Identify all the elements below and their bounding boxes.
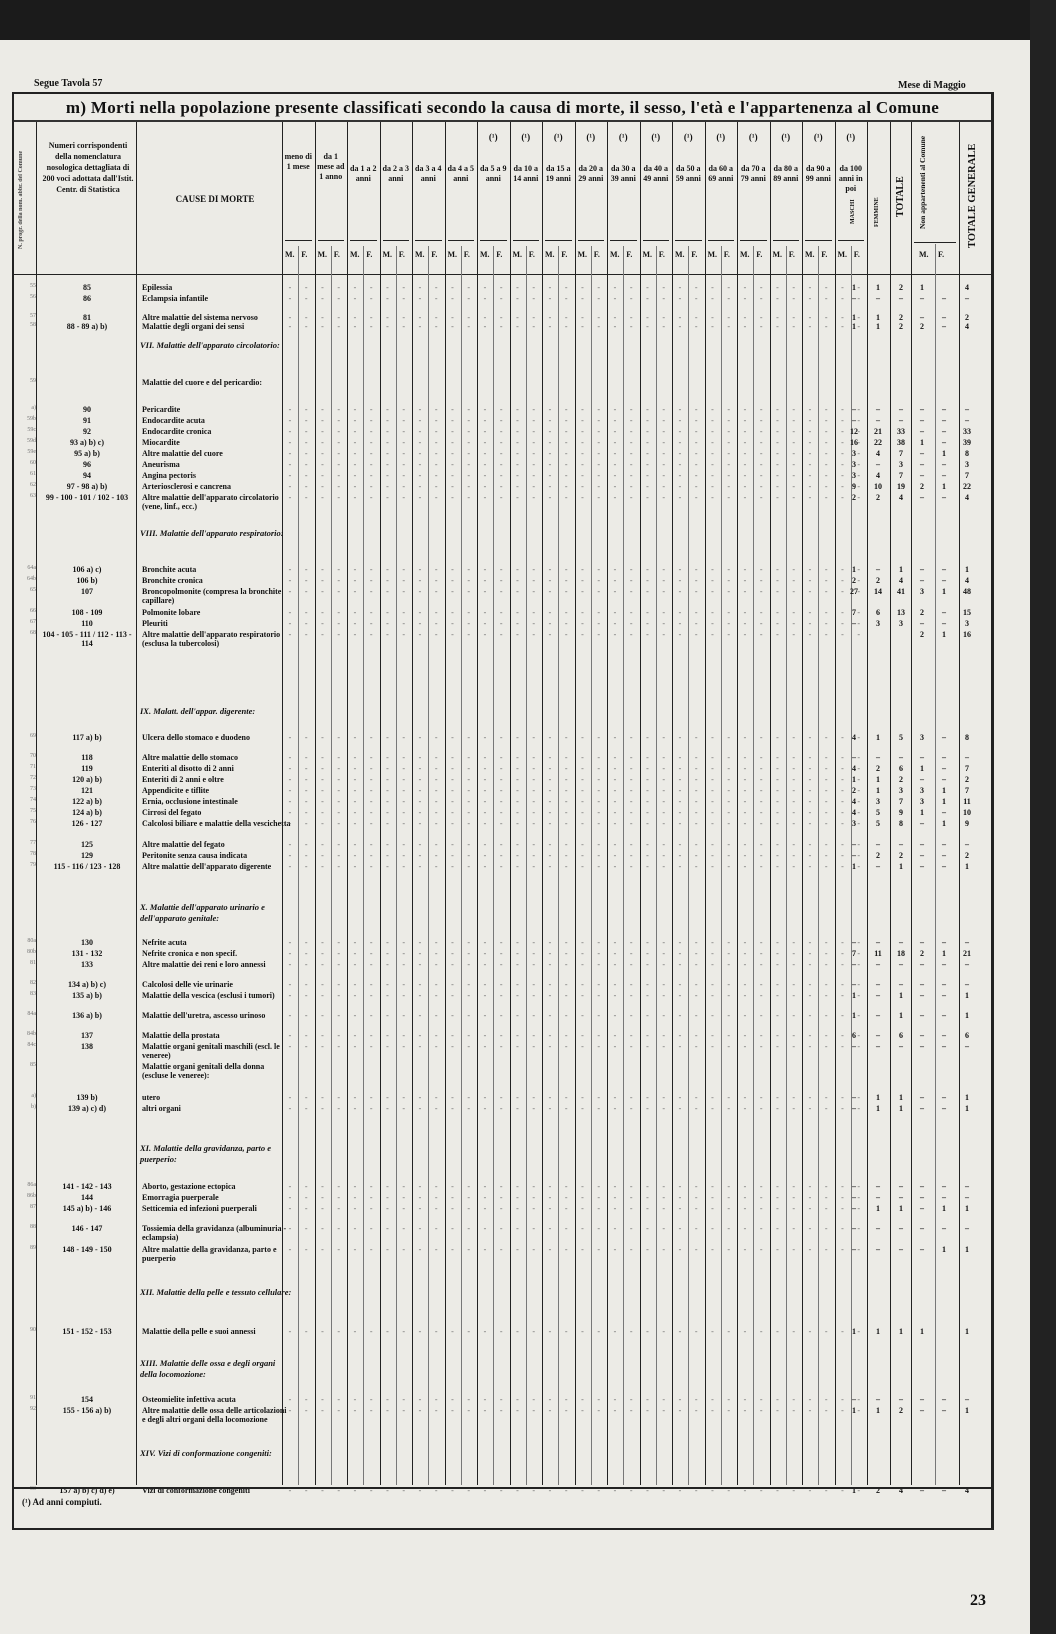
prog-number: 85 [16, 1062, 36, 1068]
empty-cell: - [724, 764, 734, 773]
empty-cell: - [545, 322, 555, 331]
empty-cell: - [301, 405, 311, 414]
value-tot: 2 [892, 1406, 910, 1415]
empty-cell: - [383, 775, 393, 784]
value-na-f: 1 [935, 1204, 953, 1213]
sex-m-label: M. [383, 250, 393, 259]
empty-cell: - [724, 1182, 734, 1191]
nomenclature-number: 135 a) b) [38, 991, 136, 1000]
value-tg: 1 [958, 1406, 976, 1415]
sex-subdivider [591, 246, 592, 1485]
empty-cell: - [610, 797, 620, 806]
empty-cell: - [578, 1327, 588, 1336]
cause-of-death: Tossiemia della gravidanza (albuminuria … [142, 1224, 292, 1242]
empty-cell: - [383, 819, 393, 828]
empty-cell: - [285, 797, 295, 806]
cause-of-death: Calcolosi biliare e malattie della vesci… [142, 819, 292, 828]
sex-m-label: M. [350, 250, 360, 259]
empty-cell: - [399, 840, 409, 849]
value-tg: 10 [958, 808, 976, 817]
value-na-f: – [935, 980, 953, 989]
empty-cell: - [610, 733, 620, 742]
empty-cell: - [691, 471, 701, 480]
empty-cell: - [578, 733, 588, 742]
value-tg: – [958, 1042, 976, 1051]
value-na-f: – [935, 576, 953, 585]
empty-cell: - [366, 460, 376, 469]
empty-cell: - [740, 840, 750, 849]
empty-cell: - [643, 1042, 653, 1051]
nomenclature-number: 155 - 156 a) b) [38, 1406, 136, 1415]
value-m: – [845, 1395, 863, 1404]
empty-cell: - [285, 775, 295, 784]
empty-cell: - [350, 991, 360, 1000]
sex-m-label: M. [513, 250, 523, 259]
empty-cell: - [626, 949, 636, 958]
empty-cell: - [464, 608, 474, 617]
empty-cell: - [578, 493, 588, 502]
empty-cell: - [724, 862, 734, 871]
empty-cell: - [659, 1327, 669, 1336]
empty-cell: - [643, 405, 653, 414]
empty-cell: - [334, 630, 344, 639]
empty-cell: - [675, 322, 685, 331]
empty-cell: - [448, 733, 458, 742]
sex-rule [643, 240, 670, 241]
empty-cell: - [659, 1406, 669, 1415]
empty-cell: - [594, 808, 604, 817]
value-na-m: – [913, 405, 931, 414]
prog-number: 77 [16, 840, 36, 846]
sex-rule [318, 240, 345, 241]
empty-cell: - [724, 608, 734, 617]
empty-cell: - [383, 1011, 393, 1020]
empty-cell: - [578, 753, 588, 762]
empty-cell: - [578, 991, 588, 1000]
empty-cell: - [496, 565, 506, 574]
empty-cell: - [610, 438, 620, 447]
empty-cell: - [318, 493, 328, 502]
value-f: 3 [869, 619, 887, 628]
empty-cell: - [773, 960, 783, 969]
nomenclature-number: 134 a) b) c) [38, 980, 136, 989]
empty-cell: - [675, 938, 685, 947]
empty-cell: - [659, 1182, 669, 1191]
empty-cell: - [545, 405, 555, 414]
sex-f-label: F. [659, 250, 665, 259]
prog-number: 92 [16, 1406, 36, 1412]
empty-cell: - [708, 960, 718, 969]
value-f: 1 [869, 733, 887, 742]
sex-subdivider [298, 246, 299, 1485]
empty-cell: - [431, 482, 441, 491]
empty-cell: - [789, 764, 799, 773]
empty-cell: - [529, 438, 539, 447]
empty-cell: - [578, 1224, 588, 1233]
empty-cell: - [805, 1327, 815, 1336]
empty-cell: - [399, 797, 409, 806]
empty-cell: - [334, 862, 344, 871]
empty-cell: - [350, 862, 360, 871]
empty-cell: - [756, 1182, 766, 1191]
empty-cell: - [318, 764, 328, 773]
empty-cell: - [334, 1182, 344, 1191]
empty-cell: - [740, 427, 750, 436]
empty-cell: - [415, 1204, 425, 1213]
nomenclature-number: 144 [38, 1193, 136, 1202]
empty-cell: - [675, 1245, 685, 1254]
value-tg: 15 [958, 608, 976, 617]
empty-cell: - [756, 949, 766, 958]
empty-cell: - [561, 322, 571, 331]
prog-number: 80b [16, 949, 36, 955]
empty-cell: - [789, 322, 799, 331]
empty-cell: - [480, 405, 490, 414]
value-tot: 13 [892, 608, 910, 617]
empty-cell: - [399, 862, 409, 871]
empty-cell: - [318, 619, 328, 628]
empty-cell: - [334, 991, 344, 1000]
empty-cell: - [561, 797, 571, 806]
value-f: 1 [869, 786, 887, 795]
column-divider [575, 122, 576, 1485]
empty-cell: - [578, 438, 588, 447]
sex-f-label: F. [301, 250, 307, 259]
empty-cell: - [724, 1224, 734, 1233]
value-f: – [869, 753, 887, 762]
age-group-header: da 50 a 59 anni [673, 164, 704, 184]
empty-cell: - [708, 1406, 718, 1415]
empty-cell: - [756, 427, 766, 436]
value-tg: 39 [958, 438, 976, 447]
empty-cell: - [334, 322, 344, 331]
empty-cell: - [626, 427, 636, 436]
empty-cell: - [529, 991, 539, 1000]
value-f: 5 [869, 808, 887, 817]
empty-cell: - [740, 1224, 750, 1233]
empty-cell: - [350, 322, 360, 331]
empty-cell: - [496, 619, 506, 628]
empty-cell: - [513, 608, 523, 617]
prog-number: 66 [16, 608, 36, 614]
empty-cell: - [383, 449, 393, 458]
empty-cell: - [513, 1104, 523, 1113]
empty-cell: - [366, 587, 376, 596]
empty-cell: - [643, 283, 653, 292]
empty-cell: - [789, 1104, 799, 1113]
nomenclature-number: 151 - 152 - 153 [38, 1327, 136, 1336]
empty-cell: - [708, 587, 718, 596]
empty-cell: - [740, 283, 750, 292]
empty-cell: - [301, 576, 311, 585]
empty-cell: - [480, 733, 490, 742]
empty-cell: - [626, 283, 636, 292]
empty-cell: - [805, 322, 815, 331]
empty-cell: - [366, 619, 376, 628]
empty-cell: - [659, 991, 669, 1000]
empty-cell: - [513, 1327, 523, 1336]
section-heading: XIV. Vizi di conformazione congeniti: [140, 1448, 294, 1459]
value-m: – [845, 1093, 863, 1102]
empty-cell: - [756, 1395, 766, 1404]
empty-cell: - [366, 405, 376, 414]
empty-cell: - [756, 764, 766, 773]
nomenclature-number: 125 [38, 840, 136, 849]
empty-cell: - [448, 1093, 458, 1102]
empty-cell: - [318, 1031, 328, 1040]
empty-cell: - [513, 1204, 523, 1213]
empty-cell: - [496, 819, 506, 828]
empty-cell: - [756, 1204, 766, 1213]
cause-of-death: Pleuriti [142, 619, 292, 628]
sex-m-label: M. [838, 250, 848, 259]
sex-subdivider [363, 246, 364, 1485]
empty-cell: - [318, 980, 328, 989]
empty-cell: - [789, 1204, 799, 1213]
empty-cell: - [691, 416, 701, 425]
empty-cell: - [480, 630, 490, 639]
empty-cell: - [643, 949, 653, 958]
empty-cell: - [464, 938, 474, 947]
prog-number: 60 [16, 460, 36, 466]
cause-of-death: Bronchite cronica [142, 576, 292, 585]
empty-cell: - [334, 427, 344, 436]
empty-cell: - [561, 1093, 571, 1102]
empty-cell: - [318, 438, 328, 447]
empty-cell: - [675, 630, 685, 639]
empty-cell: - [691, 938, 701, 947]
empty-cell: - [399, 808, 409, 817]
empty-cell: - [756, 587, 766, 596]
empty-cell: - [724, 808, 734, 817]
sex-rule [578, 240, 605, 241]
empty-cell: - [334, 449, 344, 458]
empty-cell: - [513, 471, 523, 480]
empty-cell: - [285, 980, 295, 989]
nomenclature-number: 107 [38, 587, 136, 596]
empty-cell: - [659, 493, 669, 502]
empty-cell: - [838, 630, 848, 639]
cause-of-death: altri organi [142, 1104, 292, 1113]
sex-f-label: F. [529, 250, 535, 259]
empty-cell: - [480, 819, 490, 828]
empty-cell: - [610, 587, 620, 596]
value-na-f: – [935, 862, 953, 871]
empty-cell: - [301, 753, 311, 762]
value-m: – [845, 294, 863, 303]
empty-cell: - [659, 1042, 669, 1051]
empty-cell: - [561, 427, 571, 436]
empty-cell: - [350, 1042, 360, 1051]
empty-cell: - [773, 1182, 783, 1191]
empty-cell: - [545, 294, 555, 303]
value-na-m: – [913, 980, 931, 989]
value-tot: 1 [892, 1204, 910, 1213]
prog-number: 84a [16, 1011, 36, 1017]
empty-cell: - [334, 733, 344, 742]
empty-cell: - [708, 438, 718, 447]
value-tot: 4 [892, 493, 910, 502]
empty-cell: - [773, 1011, 783, 1020]
empty-cell: - [415, 980, 425, 989]
value-na-m: 3 [913, 797, 931, 806]
empty-cell: - [675, 1327, 685, 1336]
empty-cell: - [464, 786, 474, 795]
empty-cell: - [789, 851, 799, 860]
empty-cell: - [578, 1395, 588, 1404]
empty-cell: - [821, 294, 831, 303]
empty-cell: - [448, 1327, 458, 1336]
empty-cell: - [496, 733, 506, 742]
prog-number: 58 [16, 322, 36, 328]
empty-cell: - [480, 416, 490, 425]
empty-cell: - [740, 1031, 750, 1040]
cause-of-death: Malattie della vescica (esclusi i tumori… [142, 991, 292, 1000]
empty-cell: - [626, 851, 636, 860]
empty-cell: - [691, 438, 701, 447]
empty-cell: - [350, 1245, 360, 1254]
column-divider [510, 122, 511, 1485]
empty-cell: - [594, 764, 604, 773]
empty-cell: - [805, 1395, 815, 1404]
empty-cell: - [529, 449, 539, 458]
empty-cell: - [561, 1327, 571, 1336]
empty-cell: - [496, 938, 506, 947]
value-na-f: – [935, 938, 953, 947]
empty-cell: - [594, 1406, 604, 1415]
age-group-header: da 90 a 99 anni [803, 164, 834, 184]
empty-cell: - [789, 1011, 799, 1020]
empty-cell: - [854, 630, 864, 639]
continuation-label: Segue Tavola 57 [34, 78, 102, 89]
value-f: – [869, 1245, 887, 1254]
empty-cell: - [415, 283, 425, 292]
sex-rule [773, 240, 800, 241]
empty-cell: - [334, 482, 344, 491]
empty-cell: - [350, 1031, 360, 1040]
empty-cell: - [448, 630, 458, 639]
empty-cell: - [366, 1406, 376, 1415]
empty-cell: - [561, 283, 571, 292]
empty-cell: - [578, 1042, 588, 1051]
nomenclature-number: 95 a) b) [38, 449, 136, 458]
empty-cell: - [399, 786, 409, 795]
empty-cell: - [285, 1327, 295, 1336]
sex-m-label: M. [708, 250, 718, 259]
empty-cell: - [821, 565, 831, 574]
prog-number: 80a [16, 938, 36, 944]
empty-cell: - [626, 1104, 636, 1113]
empty-cell: - [448, 980, 458, 989]
empty-cell: - [415, 449, 425, 458]
empty-cell: - [334, 1406, 344, 1415]
nomenclature-number: 136 a) b) [38, 1011, 136, 1020]
prog-number: 72 [16, 775, 36, 781]
sex-f-label: F. [821, 250, 827, 259]
empty-cell: - [464, 862, 474, 871]
value-na-m: – [913, 1104, 931, 1113]
cause-of-death: Ernia, occlusione intestinale [142, 797, 292, 806]
empty-cell: - [431, 1042, 441, 1051]
empty-cell: - [578, 819, 588, 828]
empty-cell: - [561, 862, 571, 871]
empty-cell: - [643, 460, 653, 469]
empty-cell: - [789, 460, 799, 469]
non-appartenenti-column-header: Non appartenenti al Comune [918, 132, 944, 232]
empty-cell: - [480, 313, 490, 322]
empty-cell: - [513, 808, 523, 817]
value-na-m: – [913, 576, 931, 585]
empty-cell: - [301, 862, 311, 871]
empty-cell: - [529, 1031, 539, 1040]
empty-cell: - [594, 786, 604, 795]
empty-cell: - [821, 980, 831, 989]
sex-m-label: M. [643, 250, 653, 259]
empty-cell: - [350, 775, 360, 784]
value-na-f: – [935, 1042, 953, 1051]
empty-cell: - [675, 786, 685, 795]
empty-cell: - [756, 862, 766, 871]
empty-cell: - [708, 493, 718, 502]
empty-cell: - [805, 1204, 815, 1213]
empty-cell: - [431, 753, 441, 762]
empty-cell: - [643, 840, 653, 849]
empty-cell: - [659, 1224, 669, 1233]
empty-cell: - [756, 630, 766, 639]
empty-cell: - [675, 1406, 685, 1415]
empty-cell: - [821, 1327, 831, 1336]
empty-cell: - [691, 313, 701, 322]
empty-cell: - [691, 1327, 701, 1336]
empty-cell: - [318, 1182, 328, 1191]
empty-cell: - [578, 1011, 588, 1020]
empty-cell: - [756, 797, 766, 806]
empty-cell: - [789, 938, 799, 947]
age-footnote-mark: (¹) [770, 132, 803, 142]
empty-cell: - [821, 1042, 831, 1051]
empty-cell: - [448, 1406, 458, 1415]
empty-cell: - [513, 1406, 523, 1415]
empty-cell: - [578, 840, 588, 849]
column-divider [445, 122, 446, 1485]
empty-cell: - [464, 1042, 474, 1051]
value-na-m: 3 [913, 786, 931, 795]
empty-cell: - [756, 322, 766, 331]
value-na-f: – [935, 1093, 953, 1102]
empty-cell: - [561, 1245, 571, 1254]
empty-cell: - [643, 1031, 653, 1040]
prog-number: 81 [16, 960, 36, 966]
empty-cell: - [464, 482, 474, 491]
empty-cell: - [448, 1182, 458, 1191]
empty-cell: - [610, 1245, 620, 1254]
empty-cell: - [383, 1224, 393, 1233]
empty-cell: - [415, 1327, 425, 1336]
empty-cell: - [318, 1224, 328, 1233]
empty-cell: - [594, 322, 604, 331]
empty-cell: - [545, 819, 555, 828]
empty-cell: - [350, 460, 360, 469]
age-group-header: da 4 a 5 anni [446, 164, 477, 184]
empty-cell: - [399, 449, 409, 458]
nomenclature-number: 88 - 89 a) b) [38, 322, 136, 331]
empty-cell: - [318, 405, 328, 414]
value-m: 4 [845, 808, 863, 817]
empty-cell: - [756, 1193, 766, 1202]
empty-cell: - [740, 938, 750, 947]
empty-cell: - [643, 775, 653, 784]
empty-cell: - [448, 322, 458, 331]
